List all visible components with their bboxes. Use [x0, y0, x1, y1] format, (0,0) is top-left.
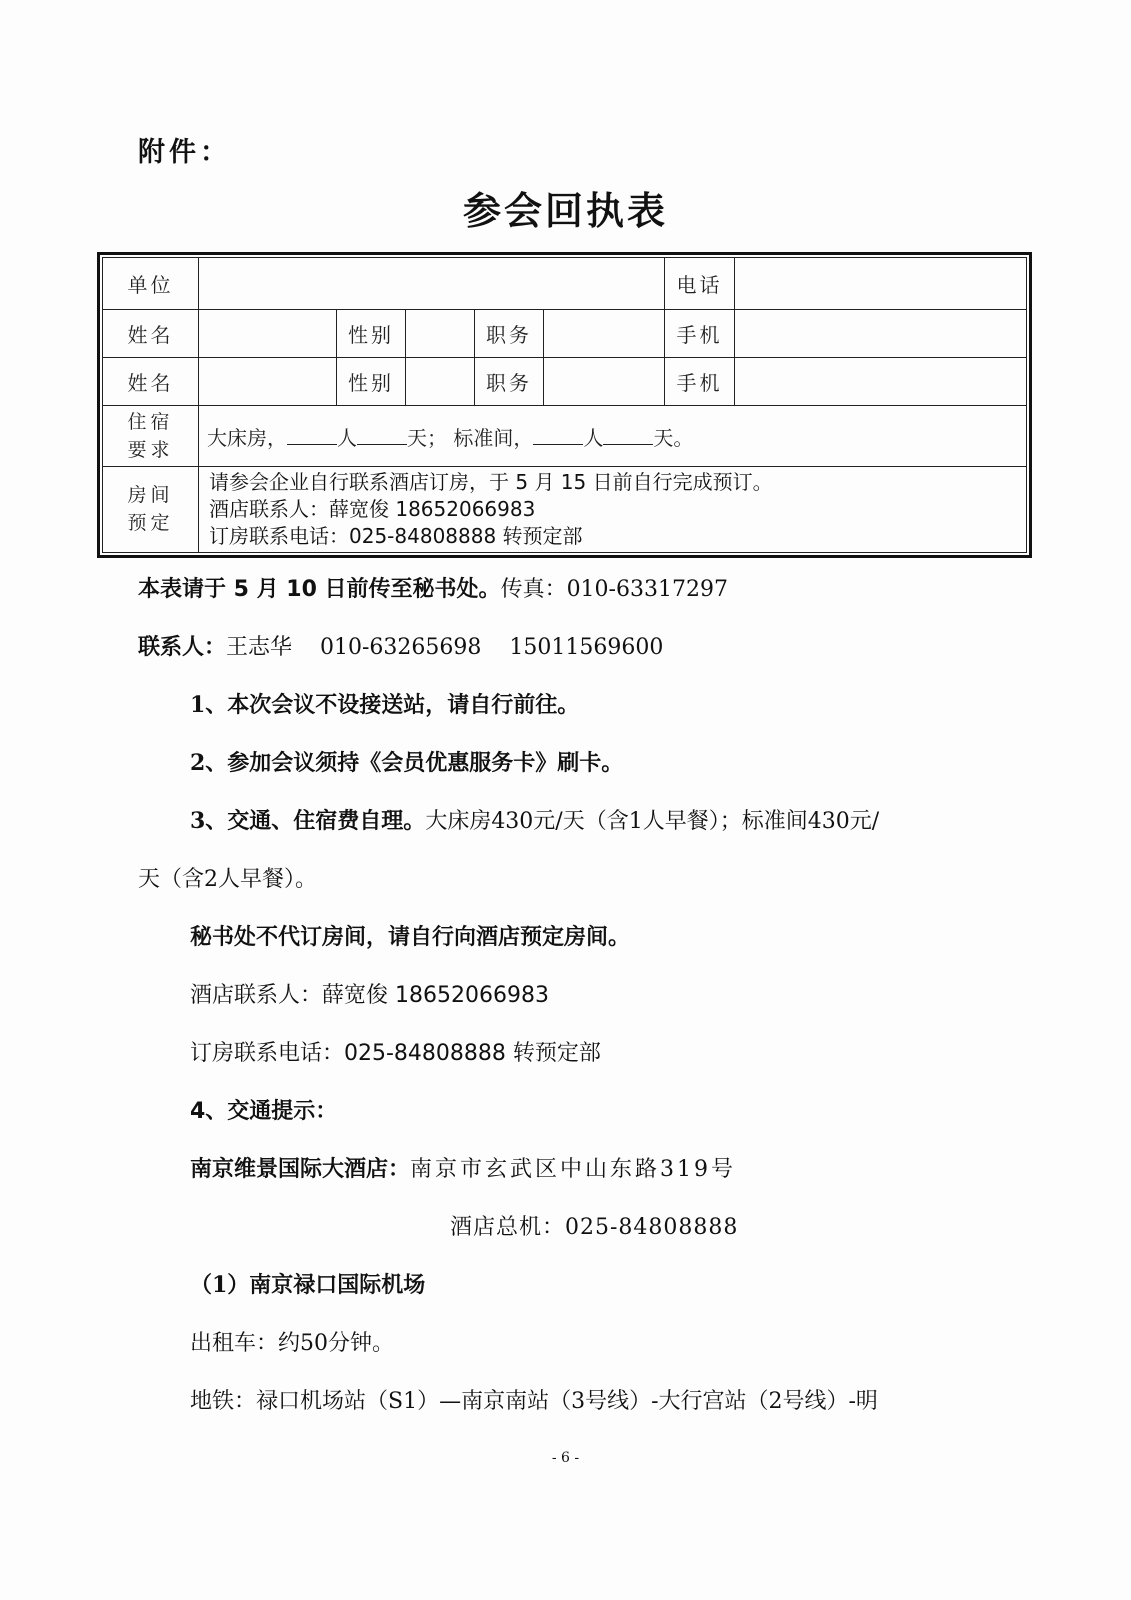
- no-booking-notice: 秘书处不代订房间，请自行向酒店预定房间。: [190, 920, 630, 951]
- notice-item-2: 2、参加会议须持《会员优惠服务卡》刷卡。: [190, 746, 623, 777]
- name-label: 姓名: [103, 358, 199, 406]
- position-label: 职务: [475, 310, 544, 358]
- name-label: 姓名: [103, 310, 199, 358]
- item3-prices: 大床房430元/天（含1人早餐）；标准间430元/: [425, 809, 879, 834]
- hotel-switchboard: 酒店总机：025-84808888: [450, 1210, 738, 1241]
- fax-number: 传真：010-63317297: [501, 577, 728, 602]
- lodging-label: 住宿 要求: [103, 406, 199, 466]
- notice-item-3-cont: 天（含2人早餐）。: [138, 862, 317, 893]
- hotel-address-line: 南京维景国际大酒店：南京市玄武区中山东路319号: [190, 1152, 736, 1183]
- page-title: 参会回执表: [0, 180, 1131, 235]
- hotel-contact: 酒店联系人：薛宽俊 18652066983: [190, 978, 549, 1009]
- lodging-label-line1: 住宿: [111, 408, 190, 436]
- day-unit: 天。: [653, 426, 693, 450]
- unit-field[interactable]: [199, 258, 665, 310]
- booking-hotel-contact: 酒店联系人：薛宽俊 18652066983: [209, 496, 1016, 523]
- unit-label: 单位: [103, 258, 199, 310]
- table-row-attendee: 姓名 性别 职务 手机: [103, 358, 1027, 406]
- day-unit: 天；: [407, 426, 447, 450]
- booking-phone: 订房联系电话：025-84808888 转预定部: [209, 523, 1016, 550]
- notice-item-1: 1、本次会议不设接送站，请自行前往。: [190, 688, 579, 719]
- name-field[interactable]: [199, 310, 337, 358]
- registration-form-table: 单位 电话 姓名 性别 职务 手机 姓名 性别 职务 手机 住: [97, 252, 1032, 558]
- booking-label: 房间 预定: [103, 466, 199, 552]
- king-room-persons-blank[interactable]: [287, 426, 337, 445]
- booking-deadline-text: 请参会企业自行联系酒店订房，于 5 月 15 日前自行完成预订。: [209, 469, 1016, 496]
- table-row-booking: 房间 预定 请参会企业自行联系酒店订房，于 5 月 15 日前自行完成预订。 酒…: [103, 466, 1027, 552]
- metro-info: 地铁：禄口机场站（S1）—南京南站（3号线）-大行宫站（2号线）-明: [190, 1384, 878, 1415]
- mobile-field[interactable]: [735, 358, 1027, 406]
- king-room-days-blank[interactable]: [357, 426, 407, 445]
- airport-heading: （1）南京禄口国际机场: [190, 1268, 425, 1299]
- person-unit: 人: [337, 426, 357, 450]
- item3-heading: 3、交通、住宿费自理。: [190, 808, 425, 834]
- table-row-unit: 单位 电话: [103, 258, 1027, 310]
- standard-room-days-blank[interactable]: [603, 426, 653, 445]
- name-field[interactable]: [199, 358, 337, 406]
- standard-room-persons-blank[interactable]: [533, 426, 583, 445]
- gender-field[interactable]: [406, 310, 475, 358]
- standard-room-label: 标准间，: [453, 426, 533, 450]
- attachment-label: 附件：: [138, 130, 231, 169]
- page-number: - 6 -: [0, 1450, 1131, 1466]
- hotel-address: 南京市玄武区中山东路319号: [410, 1157, 736, 1182]
- booking-label-line2: 预定: [111, 509, 190, 537]
- gender-label: 性别: [337, 358, 406, 406]
- booking-phone-line: 订房联系电话：025-84808888 转预定部: [190, 1036, 601, 1067]
- phone-label: 电话: [665, 258, 735, 310]
- fax-instruction: 本表请于 5 月 10 日前传至秘书处。传真：010-63317297: [138, 572, 728, 603]
- booking-info: 请参会企业自行联系酒店订房，于 5 月 15 日前自行完成预订。 酒店联系人：薛…: [199, 466, 1027, 552]
- lodging-label-line2: 要求: [111, 436, 190, 464]
- booking-label-line1: 房间: [111, 481, 190, 509]
- notice-item-4: 4、交通提示：: [190, 1094, 337, 1125]
- mobile-field[interactable]: [735, 310, 1027, 358]
- mobile-label: 手机: [665, 310, 735, 358]
- mobile-label: 手机: [665, 358, 735, 406]
- hotel-name: 南京维景国际大酒店：: [190, 1156, 410, 1182]
- table-row-lodging: 住宿 要求 大床房，人天； 标准间，人天。: [103, 406, 1027, 466]
- gender-label: 性别: [337, 310, 406, 358]
- lodging-requirements: 大床房，人天； 标准间，人天。: [199, 406, 1027, 466]
- king-room-label: 大床房，: [207, 426, 287, 450]
- contact-label: 联系人：: [138, 635, 226, 660]
- position-field[interactable]: [544, 358, 665, 406]
- contact-line: 联系人：王志华 010-63265698 15011569600: [138, 630, 663, 661]
- person-unit: 人: [583, 426, 603, 450]
- gender-field[interactable]: [406, 358, 475, 406]
- position-field[interactable]: [544, 310, 665, 358]
- notice-item-3: 3、交通、住宿费自理。大床房430元/天（含1人早餐）；标准间430元/: [190, 804, 879, 835]
- taxi-info: 出租车：约50分钟。: [190, 1326, 394, 1357]
- position-label: 职务: [475, 358, 544, 406]
- contact-value: 王志华 010-63265698 15011569600: [226, 635, 663, 660]
- phone-field[interactable]: [735, 258, 1027, 310]
- table-row-attendee: 姓名 性别 职务 手机: [103, 310, 1027, 358]
- fax-deadline: 本表请于 5 月 10 日前传至秘书处。: [138, 577, 501, 602]
